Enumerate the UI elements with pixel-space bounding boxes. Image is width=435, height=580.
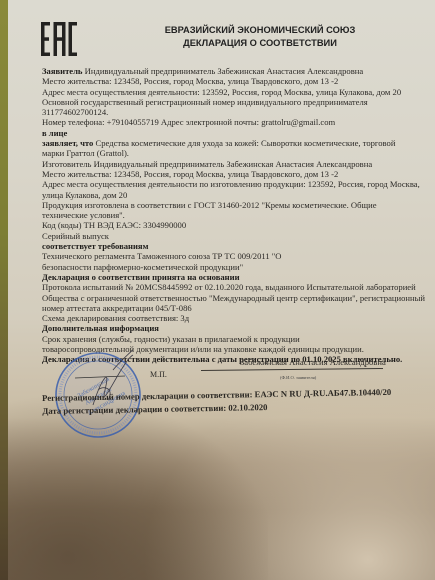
registration-date: 02.10.2020 xyxy=(228,402,267,413)
tn-ved-code: Код (коды) ТН ВЭД ЕАЭС: 3304990000 xyxy=(42,220,402,230)
applicant-signature-name: Забежинская Анастасия Александровна xyxy=(240,357,386,367)
applicant-residence: Место жительства: 123458, Россия, город … xyxy=(42,76,402,86)
document-header: ЕВРАЗИЙСКИЙ ЭКОНОМИЧЕСКИЙ СОЮЗ ДЕКЛАРАЦИ… xyxy=(160,24,360,50)
manufacturer: Изготовитель Индивидуальный предпринимат… xyxy=(42,159,402,169)
standard-cont: технические условия". xyxy=(42,210,402,220)
regulation-cont: безопасности парфюмерно-косметической пр… xyxy=(42,262,402,272)
product-line: заявляет, что Средства косметические для… xyxy=(42,138,402,148)
union-title: ЕВРАЗИЙСКИЙ ЭКОНОМИЧЕСКИЙ СОЮЗ xyxy=(160,24,360,37)
standard: Продукция изготовлена в соответствии с Г… xyxy=(42,200,402,210)
basis-accreditation: номер аттестата аккредитации 045/Т-086 xyxy=(42,303,402,313)
manufacturer-residence: Место жительства: 123458, Россия, город … xyxy=(42,169,402,179)
declaration-body: Заявитель Индивидуальный предприниматель… xyxy=(42,66,402,365)
declares-label: заявляет, что xyxy=(42,138,93,148)
declaration-title: ДЕКЛАРАЦИЯ О СООТВЕТСТВИИ xyxy=(160,37,360,50)
declaration-scheme: Схема декларирования соответствия: 3д xyxy=(42,313,402,323)
additional-info-label: Дополнительная информация xyxy=(42,323,159,333)
product-brand: марки Граттол (Grattol). xyxy=(42,148,402,158)
product-description: Средства косметические для ухода за коже… xyxy=(96,138,396,148)
signature-caption: (Ф.И.О. заявителя) xyxy=(280,375,316,380)
ogrn-number: 311774602700124. xyxy=(42,107,402,117)
production-address: Адрес места осуществления деятельности п… xyxy=(42,179,402,189)
applicant-name: Индивидуальный предприниматель Забежинск… xyxy=(85,66,364,76)
basis-label: Декларация о соответствии принята на осн… xyxy=(42,272,240,282)
eac-mark-icon xyxy=(41,22,77,56)
registration-number: ЕАЭС N RU Д-RU.АБ47.В.10440/20 xyxy=(255,387,392,399)
applicant-label: Заявитель xyxy=(42,66,82,76)
regulation: Технического регламента Таможенного союз… xyxy=(42,251,402,261)
release-type: Серийный выпуск xyxy=(42,231,402,241)
eac-logo xyxy=(41,22,77,56)
basis-protocol: Протокола испытаний № 20MCS8445992 от 02… xyxy=(42,282,402,292)
applicant-contacts: Номер телефона: +79104055719 Адрес элект… xyxy=(42,117,402,127)
additional-info: Срок хранения (службы, годности) указан … xyxy=(42,334,402,344)
represented-by-label: в лице xyxy=(42,128,67,138)
production-address-cont: улица Кулакова, дом 20 xyxy=(42,190,402,200)
applicant-activity-address: Адрес места осуществления деятельности: … xyxy=(42,87,402,97)
complies-label: соответствует требованиям xyxy=(42,241,148,251)
stamp-place-label: М.П. xyxy=(150,370,167,379)
registration-date-label: Дата регистрации декларации о соответств… xyxy=(42,403,226,416)
basis-lab: Общества с ограниченной ответственностью… xyxy=(42,293,402,303)
applicant-line: Заявитель Индивидуальный предприниматель… xyxy=(42,66,402,76)
ogrn-label: Основной государственный регистрационный… xyxy=(42,97,402,107)
